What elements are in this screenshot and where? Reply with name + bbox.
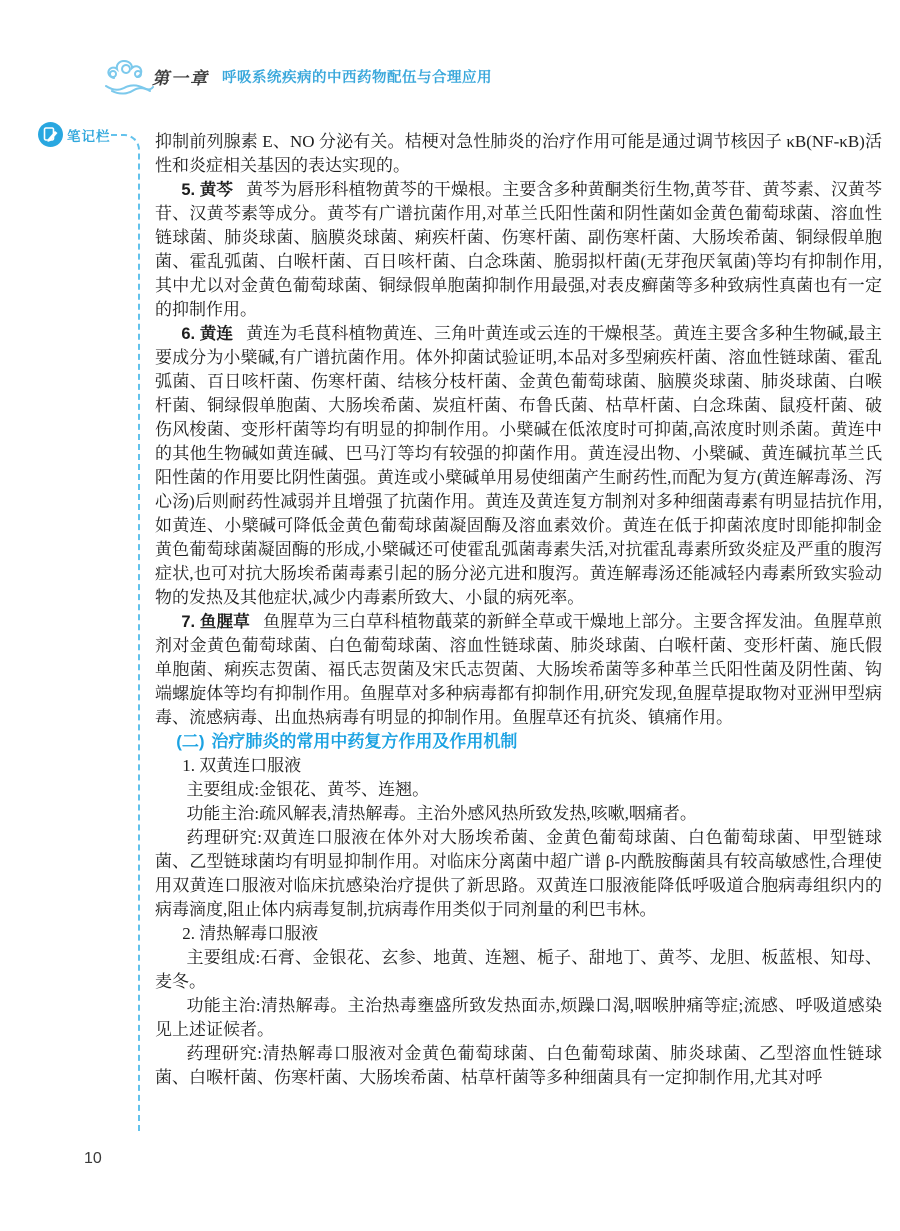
chapter-number: 第一章 (152, 64, 209, 89)
paragraph: 主要组成:金银花、黄芩、连翘。 (155, 778, 882, 802)
book-page: 第一章 呼吸系统疾病的中西药物配伍与合理应用 笔记栏 抑制前列腺素 E、NO 分… (0, 0, 900, 1231)
paragraph-lead: (二) (176, 732, 204, 751)
cloud-scroll-icon (100, 56, 154, 98)
chapter-title: 呼吸系统疾病的中西药物配伍与合理应用 (222, 66, 492, 87)
page-header: 第一章 呼吸系统疾病的中西药物配伍与合理应用 (0, 0, 900, 110)
paragraph: 药理研究:清热解毒口服液对金黄色葡萄球菌、白色葡萄球菌、肺炎球菌、乙型溶血性链球… (155, 1042, 882, 1090)
paragraph-lead: 5. 黄芩 (181, 181, 233, 199)
paragraph-lead: 7. 鱼腥草 (181, 613, 250, 631)
paragraph: 功能主治:疏风解表,清热解毒。主治外感风热所致发热,咳嗽,咽痛者。 (155, 802, 882, 826)
paragraph-lead: 6. 黄连 (181, 325, 233, 343)
paragraph: 药理研究:双黄连口服液在体外对大肠埃希菌、金黄色葡萄球菌、白色葡萄球菌、甲型链球… (155, 826, 882, 922)
body-text: 抑制前列腺素 E、NO 分泌有关。桔梗对急性肺炎的治疗作用可能是通过调节核因子 … (155, 130, 882, 1090)
section-heading: (二)治疗肺炎的常用中药复方作用及作用机制 (155, 730, 882, 754)
notes-label: 笔记栏 (67, 125, 111, 145)
paragraph: 抑制前列腺素 E、NO 分泌有关。桔梗对急性肺炎的治疗作用可能是通过调节核因子 … (155, 130, 882, 178)
paragraph: 主要组成:石膏、金银花、玄参、地黄、连翘、栀子、甜地丁、黄芩、龙胆、板蓝根、知母… (155, 946, 882, 994)
paragraph: 6. 黄连黄连为毛茛科植物黄连、三角叶黄连或云连的干燥根茎。黄连主要含多种生物碱… (155, 322, 882, 610)
paragraph: 功能主治:清热解毒。主治热毒壅盛所致发热面赤,烦躁口渴,咽喉肿痛等症;流感、呼吸… (155, 994, 882, 1042)
paragraph: 2. 清热解毒口服液 (155, 922, 882, 946)
paragraph: 5. 黄芩黄芩为唇形科植物黄芩的干燥根。主要含多种黄酮类衍生物,黄芩苷、黄芩素、… (155, 178, 882, 322)
paragraph: 7. 鱼腥草鱼腥草为三白草科植物蕺菜的新鲜全草或干燥地上部分。主要含挥发油。鱼腥… (155, 610, 882, 730)
paragraph: 1. 双黄连口服液 (155, 754, 882, 778)
notes-badge: 笔记栏 (38, 122, 111, 147)
notes-connector-line (111, 134, 140, 1132)
page-number: 10 (84, 1150, 102, 1168)
pen-note-icon (38, 122, 63, 147)
